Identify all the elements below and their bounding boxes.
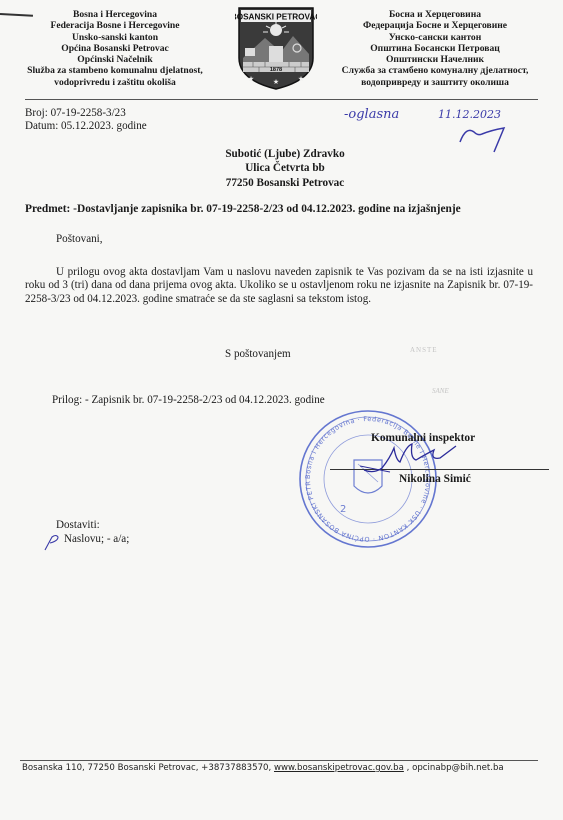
addressee-city: 77250 Bosanski Petrovac bbox=[180, 176, 390, 190]
header-line: Федерација Босне и Херцеговине bbox=[320, 20, 550, 31]
addressee-name: Subotić (Ljube) Zdravko bbox=[180, 147, 390, 161]
handwritten-signature-icon bbox=[360, 438, 460, 478]
footer-contact: Bosanska 110, 77250 Bosanski Petrovac, +… bbox=[22, 763, 504, 773]
svg-text:★: ★ bbox=[273, 78, 279, 86]
header-line: Općinski Načelnik bbox=[10, 54, 220, 65]
reference-date: Datum: 05.12.2023. godine bbox=[25, 120, 147, 133]
svg-text:★: ★ bbox=[248, 75, 254, 83]
signatory-name: Nikolina Simić bbox=[399, 473, 471, 485]
municipal-crest-icon: BOSANSKI PETROVAC 1878 ★ ★ ★ bbox=[235, 6, 317, 90]
header-divider bbox=[25, 99, 538, 100]
header-line: Služba za stambeno komunalnu djelatnost, bbox=[10, 65, 220, 76]
footer-address: Bosanska 110, 77250 Bosanski Petrovac, +… bbox=[22, 763, 274, 773]
crest-banner-text: BOSANSKI PETROVAC bbox=[235, 13, 317, 22]
greeting: Poštovani, bbox=[56, 233, 103, 246]
footer-email[interactable]: opcinabp@bih.net.ba bbox=[412, 763, 504, 773]
footer-divider bbox=[20, 760, 538, 761]
header-line: Унско-сански кантон bbox=[320, 32, 550, 43]
handwritten-note-date: 11.12.2023 bbox=[438, 108, 501, 121]
header-line: Општина Босански Петровац bbox=[320, 43, 550, 54]
header-line: Federacija Bosne i Hercegovine bbox=[10, 20, 220, 31]
addressee-street: Ulica Četvrta bb bbox=[180, 161, 390, 175]
header-latin: Bosna i HercegovinaFederacija Bosne i He… bbox=[10, 9, 220, 88]
stamp-number: 2 bbox=[340, 504, 346, 515]
svg-text:★: ★ bbox=[298, 75, 304, 83]
body-paragraph: U prilogu ovog akta dostavljam Vam u nas… bbox=[25, 266, 533, 306]
addressee-block: Subotić (Ljube) Zdravko Ulica Četvrta bb… bbox=[180, 147, 390, 190]
header-line: Općina Bosanski Petrovac bbox=[10, 43, 220, 54]
faint-bleed-text: ANSTE bbox=[410, 346, 438, 354]
crest-year-text: 1878 bbox=[270, 67, 282, 73]
reference-block: Broj: 07-19-2258-3/23 Datum: 05.12.2023.… bbox=[25, 107, 147, 134]
closing-salutation: S poštovanjem bbox=[225, 348, 291, 361]
handwritten-note-text: -oglasna bbox=[344, 107, 399, 122]
subject-line: Predmet: -Dostavljanje zapisnika br. 07-… bbox=[25, 203, 461, 215]
header-line: Служба за стамбено комуналну дјелатност, bbox=[320, 65, 550, 76]
header-line: Unsko-sanski kanton bbox=[10, 32, 220, 43]
attachment-line: Prilog: - Zapisnik br. 07-19-2258-2/23 o… bbox=[52, 394, 325, 407]
faint-bleed-text: SANE bbox=[432, 387, 449, 395]
header-cyrillic: Босна и ХерцеговинаФедерација Босне и Хе… bbox=[320, 9, 550, 88]
header-line: Bosna i Hercegovina bbox=[10, 9, 220, 20]
reference-number: Broj: 07-19-2258-3/23 bbox=[25, 107, 147, 120]
body-paragraph-text: U prilogu ovog akta dostavljam Vam u nas… bbox=[25, 266, 533, 306]
header-line: Босна и Херцеговина bbox=[320, 9, 550, 20]
header-line: Општински Начелник bbox=[320, 54, 550, 65]
footer-separator: , bbox=[404, 763, 412, 773]
footer-website-link[interactable]: www.bosanskipetrovac.gov.ba bbox=[274, 763, 404, 773]
header-line: vodoprivredu i zaštitu okoliša bbox=[10, 77, 220, 88]
delivery-items: Naslovu; - a/a; bbox=[57, 533, 129, 546]
header-line: водопривреду и заштиту околиша bbox=[320, 77, 550, 88]
